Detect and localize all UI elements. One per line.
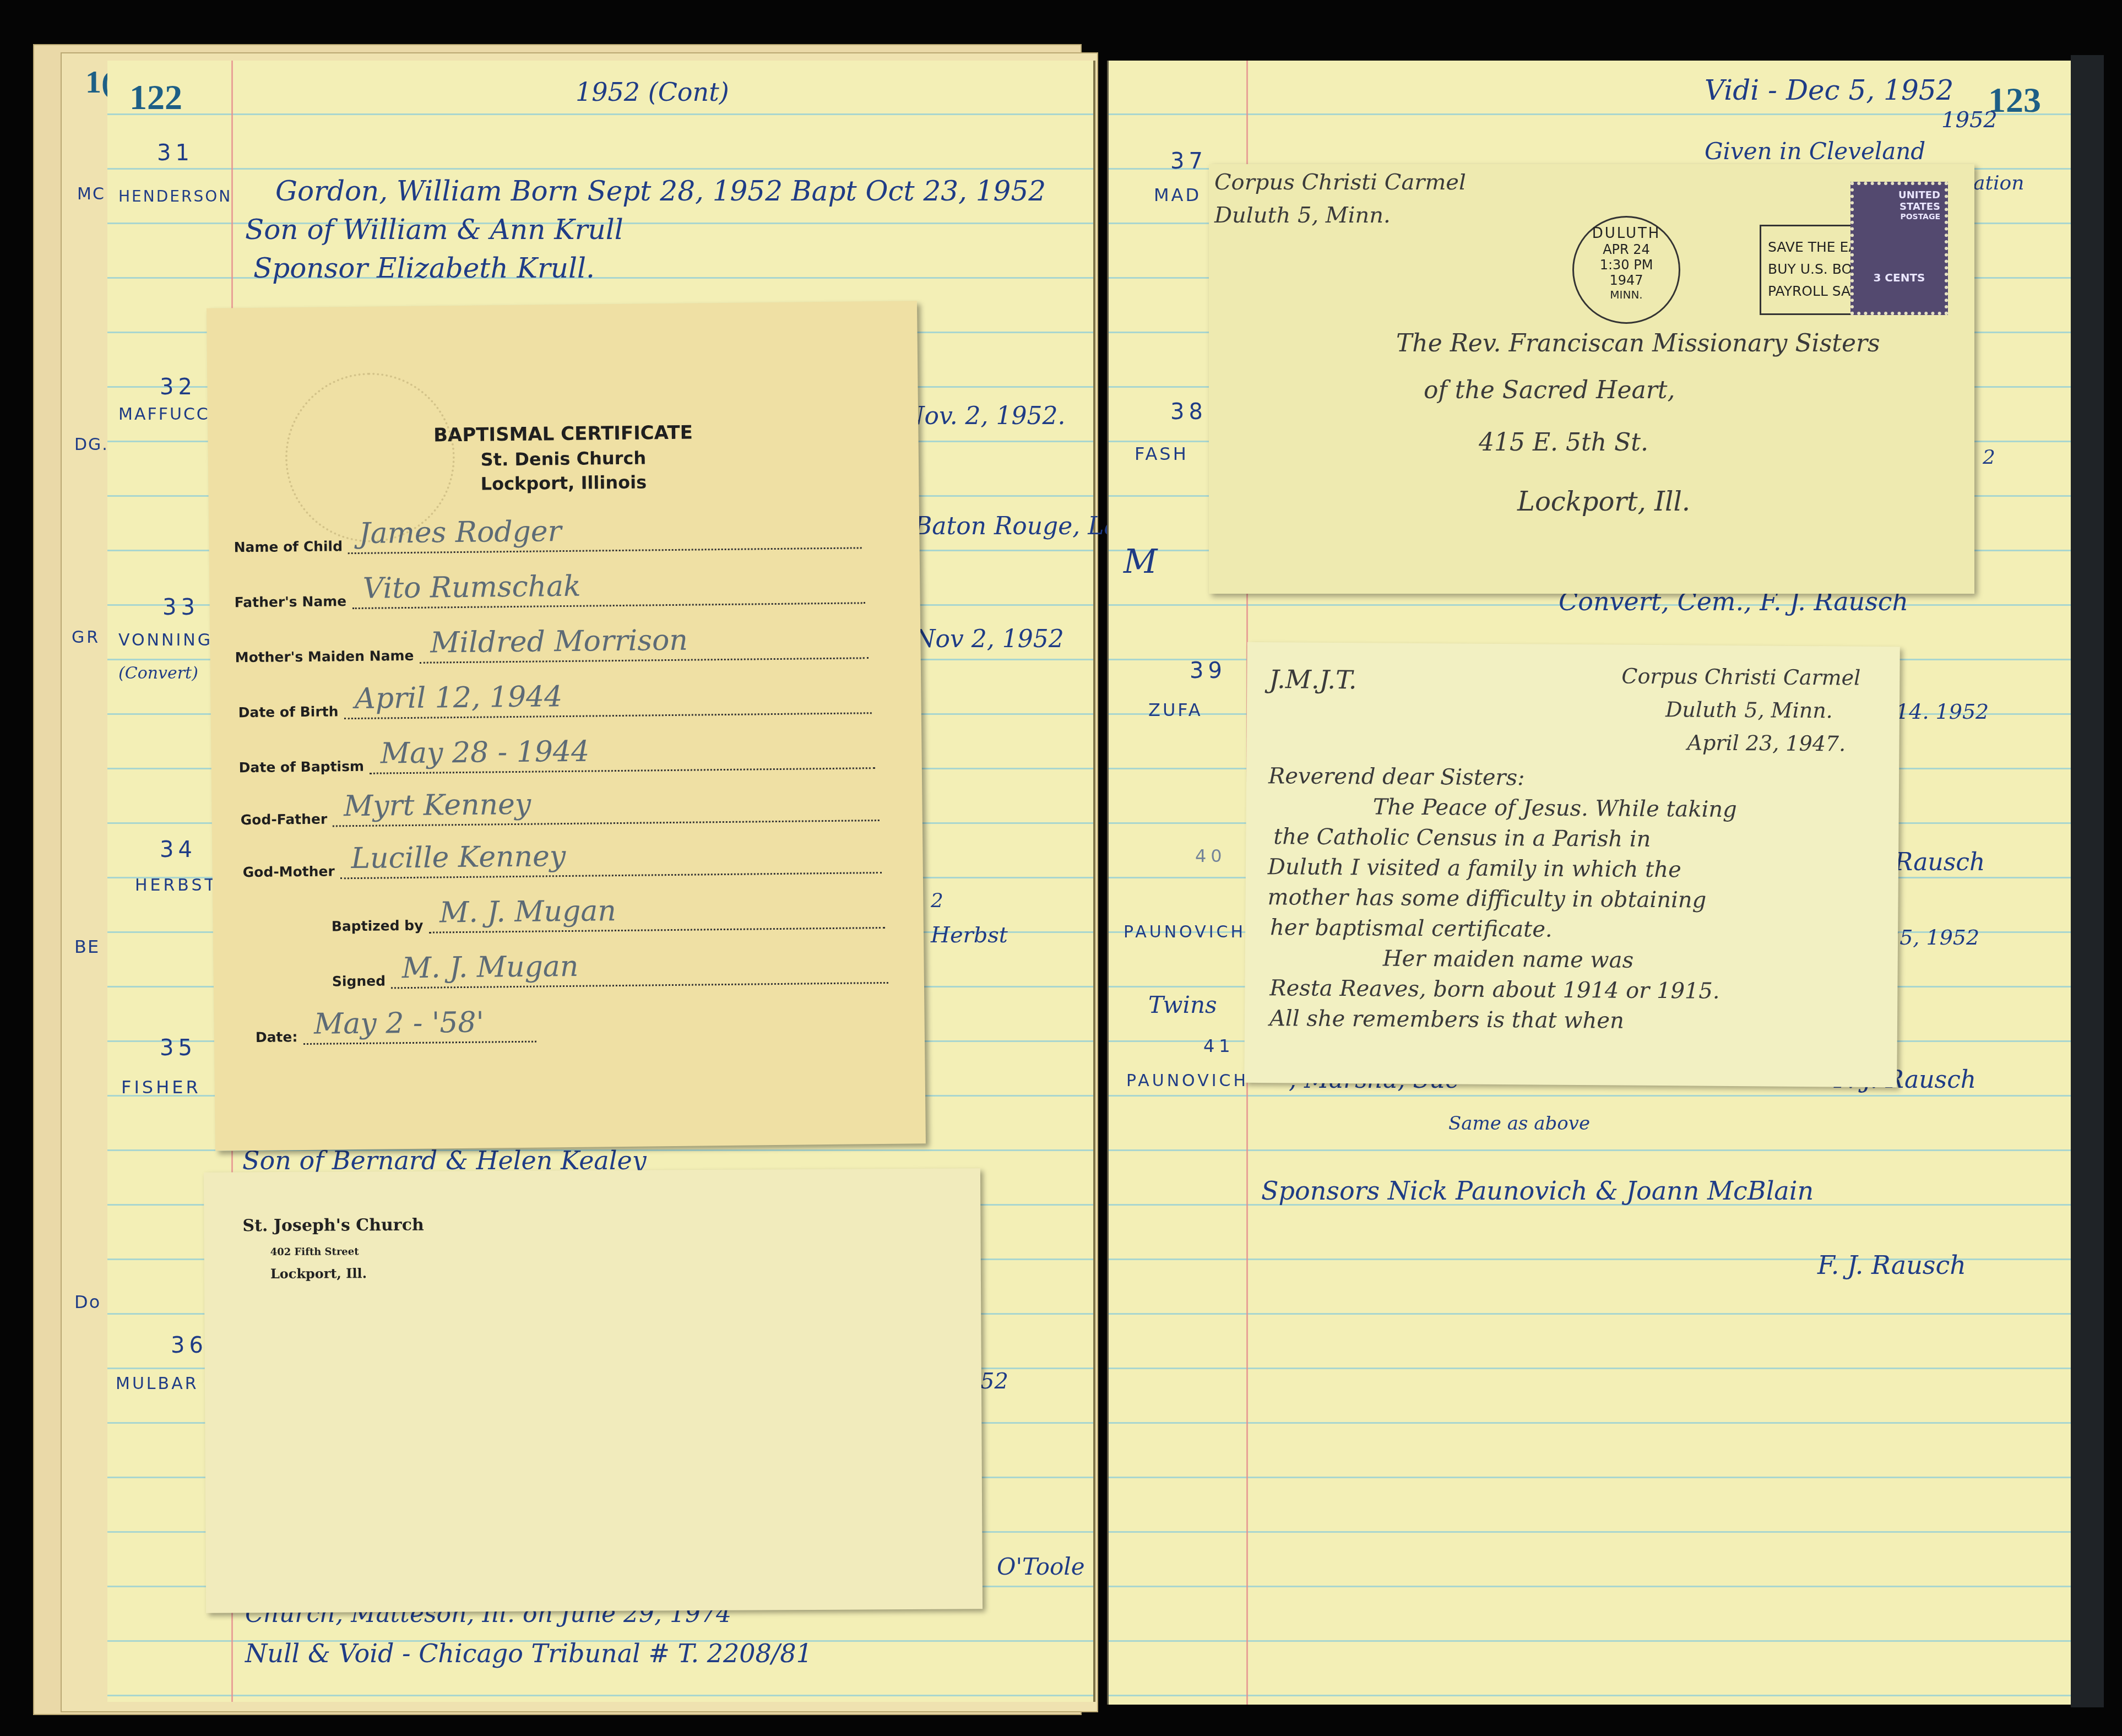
entry-number: 38 (1170, 399, 1207, 425)
page-heading: 1952 (Cont) (576, 77, 729, 107)
return-address-line: Duluth 5, Minn. (1214, 203, 1391, 228)
field-value: April 12, 1944 (355, 680, 563, 715)
entry-number: 31 (157, 140, 194, 166)
top-fragment: Given in Cleveland (1705, 138, 1925, 165)
entry-line: 52 (980, 1369, 1008, 1394)
letter-body-line: The Peace of Jesus. While taking (1373, 794, 1737, 822)
entry-line: Rausch (1895, 848, 1985, 876)
field-god-father: God-Father Myrt Kenney (241, 805, 880, 828)
letter-body-line: Her maiden name was (1383, 946, 1634, 973)
field-value: May 28 - 1944 (380, 735, 589, 771)
entry-number: 33 (162, 595, 199, 620)
entry-surname: ZUFA (1148, 699, 1203, 720)
entry-line: Same as above (1448, 1113, 1590, 1135)
entry-surname: PAUNOVICH (1126, 1071, 1249, 1091)
recipient-line: Lockport, Ill. (1517, 486, 1690, 517)
entry-line: .14. 1952 (1889, 699, 1989, 724)
envelope-street: 402 Fifth Street (270, 1246, 359, 1258)
field-value: Myrt Kenney (344, 788, 531, 823)
field-value: May 2 - '58' (314, 1006, 484, 1041)
book-cover-edge (2071, 55, 2104, 1707)
field-mothers-maiden-name: Mother's Maiden Name Mildred Morrison (235, 643, 869, 665)
field-fathers-name: Father's Name Vito Rumschak (234, 588, 865, 610)
postmark: DULUTH APR 24 1:30 PM 1947 MINN. (1572, 216, 1680, 324)
recipient-line: 415 E. 5th St. (1479, 428, 1648, 457)
entry-surname: HENDERSON (118, 187, 232, 205)
field-baptized-by: Baptized by M. J. Mugan (332, 913, 885, 935)
st-josephs-envelope: St. Joseph's Church 402 Fifth Street Loc… (204, 1168, 983, 1613)
field-value: M. J. Mugan (401, 950, 578, 985)
entry-line: Son of William & Ann Krull (245, 214, 623, 246)
entry-line: Herbst (931, 923, 1008, 948)
baptismal-certificate: BAPTISMAL CERTIFICATE St. Denis Church L… (207, 301, 926, 1151)
return-address-line: Corpus Christi Carmel (1214, 170, 1466, 195)
entry-number: 35 (160, 1035, 197, 1061)
signature: F. J. Rausch (1817, 1250, 1966, 1280)
entry-surname: PAUNOVICH (1124, 923, 1246, 942)
entry-surname: HERBST (135, 876, 218, 895)
entry-line: Sponsor Elizabeth Krull. (253, 252, 595, 284)
page-number-left: 122 (129, 77, 182, 118)
letter-header-line: Duluth 5, Minn. (1665, 697, 1833, 723)
entry-line: Sponsors Nick Paunovich & Joann McBlain (1261, 1176, 1814, 1206)
letter-body-line: mother has some difficulty in obtaining (1267, 885, 1706, 913)
entry-number: 34 (160, 837, 197, 862)
field-name-of-child: Name of Child James Rodger (234, 533, 861, 555)
entry-surname-note: (Convert) (118, 664, 198, 683)
letter-body-line: Resta Reaves, born about 1914 or 1915. (1269, 975, 1719, 1004)
field-value: James Rodger (359, 515, 561, 550)
entry-line: Baton Rouge, La. (914, 512, 1126, 540)
entry-margin-note: MC (77, 185, 105, 204)
entry-line: Nov. 2, 1952. (903, 402, 1066, 430)
entry-number: 41 (1203, 1035, 1235, 1056)
letter-header-line: April 23, 1947. (1687, 730, 1846, 756)
field-god-mother: God-Mother Lucille Kenney (243, 858, 882, 880)
field-value: Lucille Kenney (351, 840, 566, 875)
entry-line: O'Toole (997, 1553, 1085, 1580)
entry-margin-note: GR (72, 628, 100, 647)
postage-stamp-icon: UNITED STATES POSTAGE 3 CENTS (1850, 182, 1948, 315)
entry-margin-note: DG. (74, 435, 108, 454)
entry-line: 2 (931, 889, 943, 912)
entry-number: 37 (1170, 149, 1207, 174)
entry-surname: MAFFUCCI (118, 405, 216, 424)
handwritten-letter: J.M.J.T. Corpus Christi Carmel Duluth 5,… (1244, 642, 1900, 1087)
field-value: M. J. Mugan (439, 894, 616, 929)
entry-line: Gordon, William Born Sept 28, 1952 Bapt … (275, 175, 1046, 207)
field-date: Date: May 2 - '58' (256, 1027, 536, 1045)
entry-line: M (1124, 542, 1157, 581)
entry-line: 25, 1952 (1886, 925, 1979, 950)
field-date-of-birth: Date of Birth April 12, 1944 (238, 698, 872, 720)
entry-surname: MULBAR (116, 1374, 199, 1393)
recipient-line: The Rev. Franciscan Missionary Sisters (1396, 329, 1880, 357)
letter-salutation-mark: J.M.J.T. (1269, 664, 1357, 695)
entry-surname: MAD (1154, 185, 1201, 205)
entry-surname: FASH (1135, 443, 1188, 464)
entry-number: 32 (160, 375, 197, 400)
entry-number: 36 (171, 1333, 208, 1358)
field-date-of-baptism: Date of Baptism May 28 - 1944 (239, 753, 875, 775)
entry-surname-note: Twins (1148, 991, 1217, 1018)
entry-surname: FISHER (121, 1077, 201, 1098)
letter-body-line: the Catholic Census in a Parish in (1273, 824, 1651, 852)
entry-number: 40 (1195, 845, 1226, 866)
vidi-year: 1952 (1941, 107, 1998, 133)
letter-body-line: her baptismal certificate. (1270, 915, 1553, 942)
entry-margin-note: BE (74, 936, 100, 957)
letter-greeting: Reverend dear Sisters: (1268, 763, 1525, 790)
entry-line: 2 (1983, 446, 1995, 469)
letter-body-line: Duluth I visited a family in which the (1268, 854, 1681, 882)
envelope-church-name: St. Joseph's Church (242, 1216, 424, 1236)
entry-margin-note: Do (74, 1292, 101, 1312)
entry-surname: VONNING (118, 631, 213, 650)
vidi-note: Vidi - Dec 5, 1952 (1705, 74, 1953, 106)
field-value: Mildred Morrison (430, 624, 688, 660)
field-value: Vito Rumschak (363, 570, 581, 605)
envelope-city: Lockport, Ill. (270, 1265, 367, 1282)
entry-line: Null & Void - Chicago Tribunal # T. 2208… (245, 1639, 812, 1668)
letter-body-line: All she remembers is that when (1269, 1006, 1624, 1033)
letter-header-line: Corpus Christi Carmel (1621, 664, 1860, 690)
entry-line: Nov 2, 1952 (914, 625, 1064, 653)
entry-number: 39 (1190, 658, 1226, 683)
recipient-line: of the Sacred Heart, (1424, 376, 1675, 404)
field-signed: Signed M. J. Mugan (332, 968, 888, 990)
